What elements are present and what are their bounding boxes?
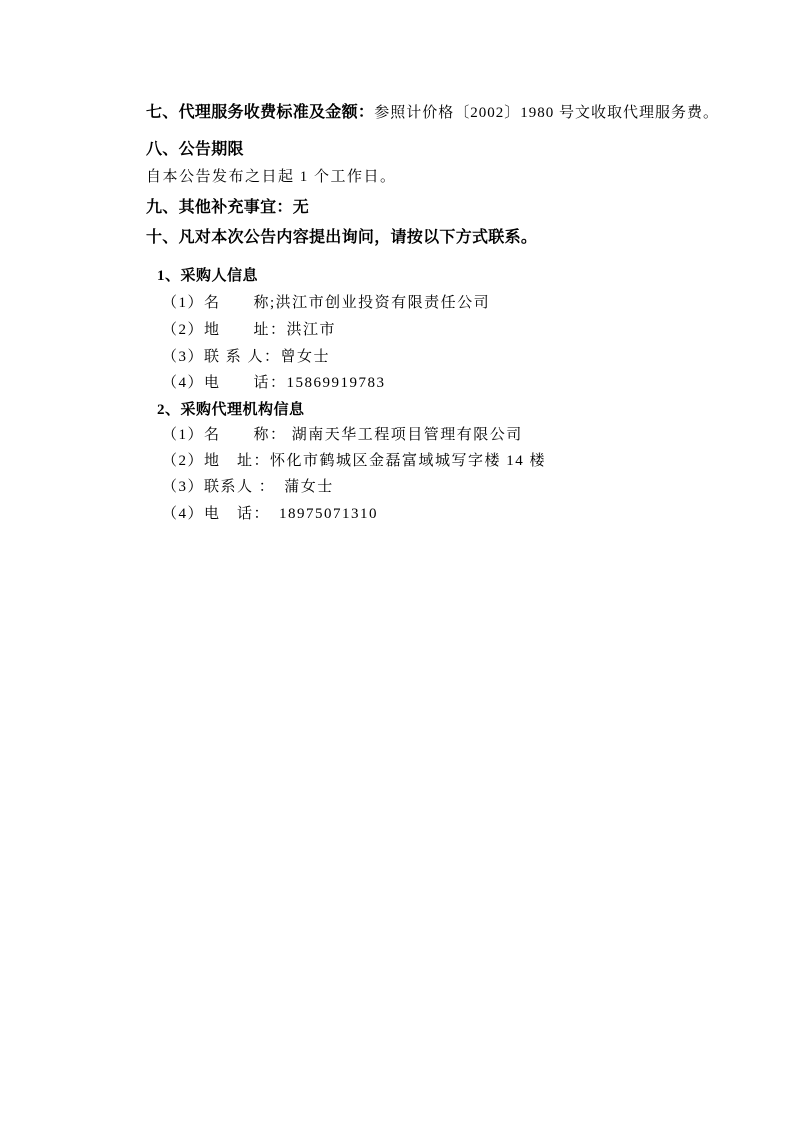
purchaser-info-heading: 1、采购人信息: [157, 267, 258, 285]
purchaser-name-line: （1）名 称;洪江市创业投资有限责任公司: [162, 294, 490, 312]
section-7-body: 参照计价格〔2002〕1980 号文收取代理服务费。: [374, 105, 719, 121]
agency-phone-line: （4）电 话： 18975071310: [162, 505, 378, 523]
agency-name-line: （1）名 称： 湖南天华工程项目管理有限公司: [162, 426, 523, 444]
section-7-heading: 七、代理服务收费标准及金额：: [146, 104, 374, 121]
purchaser-address-line: （2）地 址：洪江市: [162, 321, 336, 339]
section-10-heading: 十、凡对本次公告内容提出询问，请按以下方式联系。: [146, 228, 537, 247]
section-8-body: 自本公告发布之日起 1 个工作日。: [146, 168, 397, 186]
section-9-heading: 九、其他补充事宜：无: [146, 198, 309, 217]
section-8-heading: 八、公告期限: [146, 140, 244, 159]
section-7-line: 七、代理服务收费标准及金额：参照计价格〔2002〕1980 号文收取代理服务费。: [146, 103, 719, 122]
agency-info-heading: 2、采购代理机构信息: [157, 401, 305, 419]
agency-address-line: （2）地 址：怀化市鹤城区金磊富域城写字楼 14 楼: [162, 452, 546, 470]
agency-contact-line: （3）联系人 ： 蒲女士: [162, 478, 334, 496]
purchaser-contact-line: （3）联 系 人：曾女士: [162, 348, 330, 366]
purchaser-phone-line: （4）电 话：15869919783: [162, 374, 386, 392]
document-page: 七、代理服务收费标准及金额：参照计价格〔2002〕1980 号文收取代理服务费。…: [0, 0, 793, 1122]
